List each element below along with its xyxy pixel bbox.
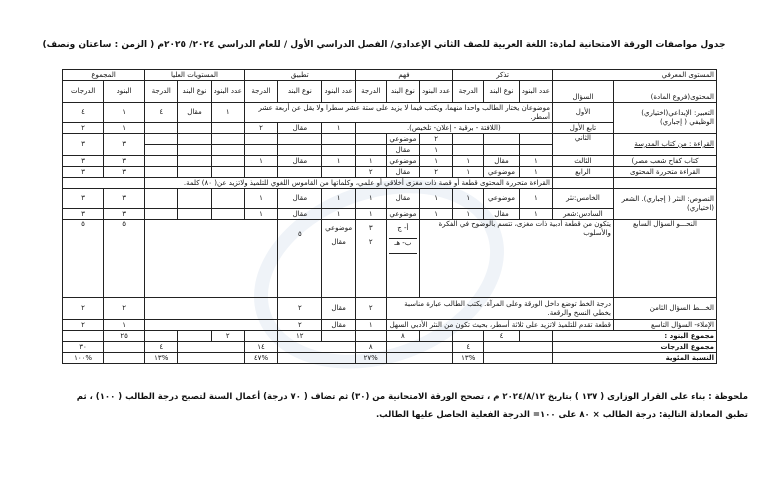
type-cell: مقال: [484, 156, 519, 167]
header-total: المجموع: [63, 70, 145, 81]
type-cell: مقال: [386, 145, 419, 156]
count-cell: ١: [519, 167, 552, 178]
content-cell: كتاب كفاح شعب مصر): [613, 156, 716, 167]
type-cell: موضوعي: [324, 224, 352, 238]
total-grades-all: ٣٠: [63, 342, 104, 353]
desc-cell: موضوعان يختار الطالب واحدا منهما، ويكتب …: [244, 103, 552, 123]
header-higher: المستويات العليا: [145, 70, 245, 81]
grade-cell: ١: [244, 156, 277, 167]
header-type: نوع البند: [278, 81, 322, 103]
header-question: السؤال: [552, 81, 613, 103]
total-items-apply: ١٢: [278, 331, 322, 342]
grade-cell: ١: [453, 209, 484, 220]
question-cell: الرابع: [552, 167, 613, 178]
desc-cell: القراءة متحررة المحتوى قطعة أو قصة ذات م…: [145, 178, 553, 189]
total-items-cell: ٣: [104, 134, 145, 156]
grade-cell: ١: [453, 156, 484, 167]
letters-cell: أ- ج: [389, 224, 417, 239]
note-line-1: ملحوظة : بناء على القرار الوزارى ( ١٣٧ )…: [20, 392, 748, 402]
content-cell: الخـــط السؤال الثامن: [613, 298, 716, 320]
header-grade: الدرجة: [453, 81, 484, 103]
count-cell: ٢: [420, 167, 453, 178]
type-cell: موضوعي: [386, 134, 419, 145]
type-cell: مقال: [278, 189, 322, 209]
grade-cell: ٢: [278, 320, 322, 331]
total-items-all: ٢٥: [104, 331, 145, 342]
type-cell: موضوعي: [484, 189, 519, 209]
header-understand: فهم: [355, 70, 453, 81]
count-cell: ١: [322, 189, 355, 209]
header-items: البنود: [104, 81, 145, 103]
count-cell: ١: [519, 189, 552, 209]
total-grades-cell: ٢: [63, 123, 104, 134]
totals-grades-label: مجموع الدرجات: [552, 342, 716, 353]
type-cell: مقال: [278, 156, 322, 167]
header-grades: الدرجات: [63, 81, 104, 103]
total-items-cell: ٣: [104, 209, 145, 220]
type-cell: مقال: [484, 209, 519, 220]
question-cell: تابع الأول: [552, 123, 613, 134]
total-items-understand: ٨: [386, 331, 419, 342]
grade-cell: ١: [244, 209, 277, 220]
type-cell: موضوعي: [484, 167, 519, 178]
total-items-higher: ٢: [211, 331, 244, 342]
desc-cell: يتكون من قطعة أدبية ذات مغزى، تتسم بالوض…: [420, 220, 614, 298]
type-cell: مقال: [322, 298, 355, 320]
letters-cell: ب- هـ: [389, 239, 417, 254]
total-items-cell: ٥: [104, 220, 145, 298]
total-items-cell: ١: [104, 103, 145, 123]
total-items-cell: ٣: [104, 167, 145, 178]
content-cell: القراءة : من كتاب المدرسة: [613, 134, 716, 156]
grade-cell: ٢: [244, 123, 277, 134]
count-cell: ١: [519, 156, 552, 167]
total-grades-cell: ٢: [63, 320, 104, 331]
total-grades-cell: ٥: [63, 220, 104, 298]
total-grades-understand: ٨: [355, 342, 386, 353]
type-cell: مقال: [278, 209, 322, 220]
pct-remember: %١٣: [453, 353, 484, 364]
grade-cell: ٤: [145, 103, 178, 123]
content-cell: النصوص: النثر ( إجباري). الشعر (اختياري): [613, 189, 716, 220]
header-count: عدد البنود: [519, 81, 552, 103]
count-cell: ٢: [358, 238, 384, 252]
header-type: نوع البند: [386, 81, 419, 103]
count-cell: ٢: [355, 298, 386, 320]
total-grades-remember: ٤: [453, 342, 484, 353]
desc-cell: درجة الخط توضع داخل الورقة وعلى المرآة. …: [386, 298, 613, 320]
grade-cell: ١: [244, 189, 277, 209]
count-cell: ١: [420, 209, 453, 220]
count-cell: ٣: [358, 224, 384, 238]
header-type: نوع البند: [178, 81, 211, 103]
desc-cell: قطعة تقدم للتلميذ لاتزيد على ثلاثة أسطر،…: [386, 320, 613, 331]
total-grades-cell: ٤: [63, 103, 104, 123]
grade-cell: ١: [453, 189, 484, 209]
grade-cell: ١: [355, 189, 386, 209]
question-cell: الأول: [552, 103, 613, 123]
total-grades-cell: ٣: [63, 167, 104, 178]
total-grades-cell: ٢: [63, 298, 104, 320]
total-items-cell: ٣: [104, 156, 145, 167]
header-apply: تطبيق: [244, 70, 355, 81]
total-items-cell: ٣: [104, 189, 145, 209]
count-cell: ١: [420, 189, 453, 209]
grade-cell: ١: [355, 209, 386, 220]
type-cell: مقال: [322, 320, 355, 331]
total-grades-cell: ٣: [63, 134, 104, 156]
pct-higher: %١٣: [145, 353, 178, 364]
count-cell: ٢: [420, 134, 453, 145]
header-grade: الدرجة: [355, 81, 386, 103]
grade-cell: ١: [453, 167, 484, 178]
count-cell: ١: [519, 209, 552, 220]
question-cell: الثاني: [552, 134, 613, 156]
content-cell: الإملاء- السؤال التاسع: [613, 320, 716, 331]
type-cell: موضوعي: [386, 209, 419, 220]
question-cell: الثالث: [552, 156, 613, 167]
grade-cell: ٥: [278, 220, 322, 298]
header-type: نوع البند: [484, 81, 519, 103]
count-cell: ١: [420, 145, 453, 156]
header-level: المستوى المعرفي: [552, 70, 716, 81]
total-grades-cell: ٣: [63, 156, 104, 167]
grade-cell: ٢: [355, 167, 386, 178]
count-cell: ١: [322, 123, 355, 134]
header-grade: الدرجة: [244, 81, 277, 103]
total-grades-cell: ٣: [63, 189, 104, 209]
header-count: عدد البنود: [211, 81, 244, 103]
content-cell: التعبير: الإبداعي(اختياري) الوظيفي ( إجب…: [613, 103, 716, 134]
total-grades-apply: ١٤: [244, 342, 277, 353]
content-cell: النحـــو السؤال السابع: [613, 220, 716, 298]
desc-cell: (اللافتة - برقية - إعلان- تلخيص).: [355, 123, 552, 134]
count-cell: ١: [211, 103, 244, 123]
count-cell: ١: [322, 156, 355, 167]
grade-cell: ٢: [278, 298, 322, 320]
question-cell: الخامس:نثر: [552, 189, 613, 209]
pct-understand: %٢٧: [355, 353, 386, 364]
pct-apply: %٤٧: [244, 353, 277, 364]
totals-pct-label: النسبة المئوية: [552, 353, 716, 364]
header-count: عدد البنود: [420, 81, 453, 103]
note-line-2: تطبق المعادلة التالية: درجة الطالب × ٨٠ …: [20, 410, 748, 420]
type-cell: مقال: [178, 103, 211, 123]
type-cell: مقال: [386, 189, 419, 209]
total-grades-cell: ٣: [63, 209, 104, 220]
type-cell: مقال: [278, 123, 322, 134]
grade-cell: ١: [355, 156, 386, 167]
total-items-remember: ٤: [484, 331, 519, 342]
header-content: المحتوى(فروع المادة): [613, 81, 716, 103]
header-count: عدد البنود: [322, 81, 355, 103]
question-cell: السادس:شعر: [552, 209, 613, 220]
type-cell: مقال: [324, 238, 352, 252]
count-cell: ١: [420, 156, 453, 167]
total-items-cell: ١: [104, 123, 145, 134]
page-title: جدول مواصفات الورقة الامتحانية لمادة: ال…: [0, 40, 768, 50]
count-cell: ١: [355, 320, 386, 331]
content-cell: القراءة متحررة المحتوى: [613, 167, 716, 178]
header-remember: تذكر: [453, 70, 553, 81]
totals-items-label: مجموع البنود :: [552, 331, 716, 342]
pct-total: %١٠٠: [63, 353, 104, 364]
header-grade: الدرجة: [145, 81, 178, 103]
type-cell: مقال: [386, 167, 419, 178]
total-grades-higher: ٤: [145, 342, 178, 353]
total-items-cell: ٢: [104, 298, 145, 320]
total-items-cell: ١: [104, 320, 145, 331]
count-cell: ١: [322, 209, 355, 220]
type-cell: موضوعي: [386, 156, 419, 167]
specification-table: المستوى المعرفي تذكر فهم تطبيق المستويات…: [62, 69, 717, 364]
